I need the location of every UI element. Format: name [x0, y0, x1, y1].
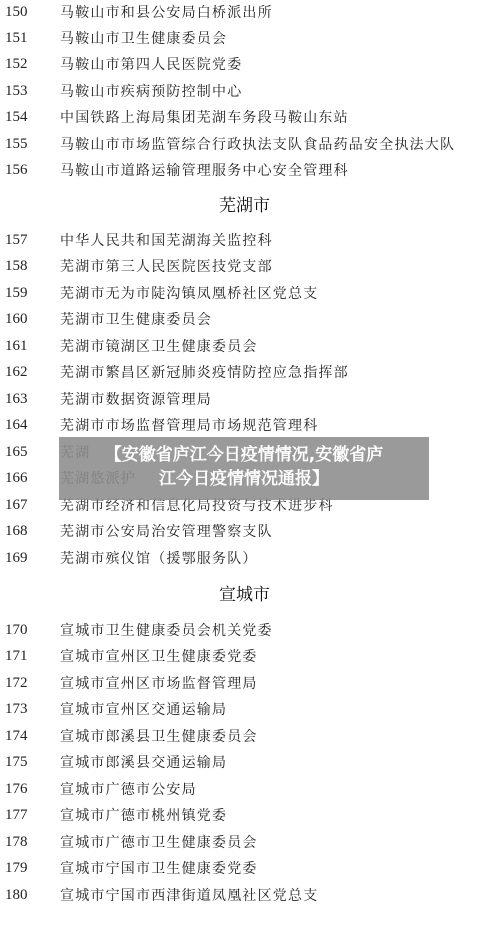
item-number: 150	[5, 4, 45, 21]
item-number: 172	[5, 675, 45, 692]
banner-line-1: 【安徽省庐江今日疫情情况,安徽省庐	[59, 443, 429, 467]
list-item: 163 芜湖市数据资源管理局	[0, 386, 489, 412]
list-item: 152 马鞍山市第四人民医院党委	[0, 51, 489, 77]
list-item: 172 宣城市宣州区市场监督管理局	[0, 670, 489, 696]
item-number: 177	[5, 807, 45, 824]
item-name: 中国铁路上海局集团芜湖车务段马鞍山东站	[60, 107, 349, 127]
item-name: 宣城市广德市公安局	[60, 779, 197, 799]
list-item: 157 中华人民共和国芜湖海关监控科	[0, 227, 489, 253]
item-name: 宣城市郎溪县交通运输局	[60, 752, 227, 772]
item-name: 马鞍山市和县公安局白桥派出所	[60, 2, 273, 22]
item-name: 马鞍山市市场监管综合行政执法支队食品药品安全执法大队	[60, 134, 455, 154]
item-number: 163	[5, 391, 45, 408]
item-number: 171	[5, 648, 45, 665]
item-number: 160	[5, 311, 45, 328]
item-name: 芜湖市镜湖区卫生健康委员会	[60, 336, 258, 356]
list-item: 154 中国铁路上海局集团芜湖车务段马鞍山东站	[0, 104, 489, 130]
item-name: 宣城市宁国市卫生健康委党委	[60, 858, 258, 878]
item-name: 马鞍山市卫生健康委员会	[60, 28, 227, 48]
item-number: 170	[5, 622, 45, 639]
list-item: 164 芜湖市市场监督管理局市场规范管理科	[0, 412, 489, 438]
item-number: 159	[5, 285, 45, 302]
item-name: 宣城市卫生健康委员会机关党委	[60, 620, 273, 640]
item-number: 166	[5, 470, 45, 487]
item-number: 158	[5, 258, 45, 275]
item-name: 宣城市郎溪县卫生健康委员会	[60, 726, 258, 746]
document-page: 150 马鞍山市和县公安局白桥派出所 151 马鞍山市卫生健康委员会 152 马…	[0, 0, 489, 938]
item-number: 153	[5, 83, 45, 100]
item-number: 179	[5, 860, 45, 877]
list-item: 159 芜湖市无为市陡沟镇凤凰桥社区党总支	[0, 280, 489, 306]
list-item: 169 芜湖市殡仪馆（援鄂服务队）	[0, 545, 489, 571]
item-name: 马鞍山市疾病预防控制中心	[60, 81, 242, 101]
list-item: 153 马鞍山市疾病预防控制中心	[0, 78, 489, 104]
item-number: 155	[5, 136, 45, 153]
item-number: 151	[5, 30, 45, 47]
item-number: 180	[5, 887, 45, 904]
list-item: 158 芜湖市第三人民医院医技党支部	[0, 253, 489, 279]
section-heading-xuancheng: 宣城市	[0, 582, 489, 608]
item-number: 164	[5, 417, 45, 434]
item-number: 154	[5, 109, 45, 126]
item-number: 175	[5, 754, 45, 771]
item-name: 马鞍山市第四人民医院党委	[60, 54, 242, 74]
item-name: 宣城市宣州区市场监督管理局	[60, 673, 258, 693]
list-item: 177 宣城市广德市桃州镇党委	[0, 802, 489, 828]
item-name: 马鞍山市道路运输管理服务中心安全管理科	[60, 160, 349, 180]
item-name: 芜湖市卫生健康委员会	[60, 309, 212, 329]
item-number: 162	[5, 364, 45, 381]
item-number: 168	[5, 523, 45, 540]
item-number: 161	[5, 338, 45, 355]
item-number: 169	[5, 550, 45, 567]
item-name: 芜湖市繁昌区新冠肺炎疫情防控应急指挥部	[60, 362, 349, 382]
item-number: 178	[5, 834, 45, 851]
item-name: 宣城市广德市卫生健康委员会	[60, 832, 258, 852]
list-item: 180 宣城市宁国市西津街道凤凰社区党总支	[0, 882, 489, 908]
item-number: 176	[5, 781, 45, 798]
list-item: 160 芜湖市卫生健康委员会	[0, 306, 489, 332]
item-name: 宣城市宣州区交通运输局	[60, 699, 227, 719]
item-number: 157	[5, 232, 45, 249]
list-item: 168 芜湖市公安局治安管理警察支队	[0, 518, 489, 544]
item-number: 174	[5, 728, 45, 745]
list-item: 156 马鞍山市道路运输管理服务中心安全管理科	[0, 157, 489, 183]
item-number: 156	[5, 162, 45, 179]
item-name: 宣城市宣州区卫生健康委党委	[60, 646, 258, 666]
item-name: 芜湖市数据资源管理局	[60, 389, 212, 409]
list-item: 178 宣城市广德市卫生健康委员会	[0, 829, 489, 855]
section-heading-wuhu: 芜湖市	[0, 193, 489, 219]
list-item: 161 芜湖市镜湖区卫生健康委员会	[0, 333, 489, 359]
item-name: 中华人民共和国芜湖海关监控科	[60, 230, 273, 250]
list-item: 174 宣城市郎溪县卫生健康委员会	[0, 723, 489, 749]
item-number: 152	[5, 56, 45, 73]
item-number: 173	[5, 701, 45, 718]
item-name: 宣城市广德市桃州镇党委	[60, 805, 227, 825]
item-name: 芜湖市第三人民医院医技党支部	[60, 256, 273, 276]
item-number: 165	[5, 444, 45, 461]
list-item: 150 马鞍山市和县公安局白桥派出所	[0, 0, 489, 25]
item-name: 芜湖市市场监督管理局市场规范管理科	[60, 415, 318, 435]
list-item: 173 宣城市宣州区交通运输局	[0, 696, 489, 722]
overlay-title-banner: 【安徽省庐江今日疫情情况,安徽省庐 江今日疫情情况通报】	[59, 437, 429, 500]
banner-line-2: 江今日疫情情况通报】	[59, 467, 429, 491]
list-item: 179 宣城市宁国市卫生健康委党委	[0, 855, 489, 881]
item-number: 167	[5, 497, 45, 514]
item-name: 芜湖市殡仪馆（援鄂服务队）	[60, 548, 258, 568]
list-item: 175 宣城市郎溪县交通运输局	[0, 749, 489, 775]
item-name: 宣城市宁国市西津街道凤凰社区党总支	[60, 885, 318, 905]
list-item: 151 马鞍山市卫生健康委员会	[0, 25, 489, 51]
list-item: 155 马鞍山市市场监管综合行政执法支队食品药品安全执法大队	[0, 131, 489, 157]
item-name: 芜湖市无为市陡沟镇凤凰桥社区党总支	[60, 283, 318, 303]
item-name: 芜湖市公安局治安管理警察支队	[60, 521, 273, 541]
list-item: 170 宣城市卫生健康委员会机关党委	[0, 617, 489, 643]
list-item: 176 宣城市广德市公安局	[0, 776, 489, 802]
list-item: 171 宣城市宣州区卫生健康委党委	[0, 643, 489, 669]
list-item: 162 芜湖市繁昌区新冠肺炎疫情防控应急指挥部	[0, 359, 489, 385]
